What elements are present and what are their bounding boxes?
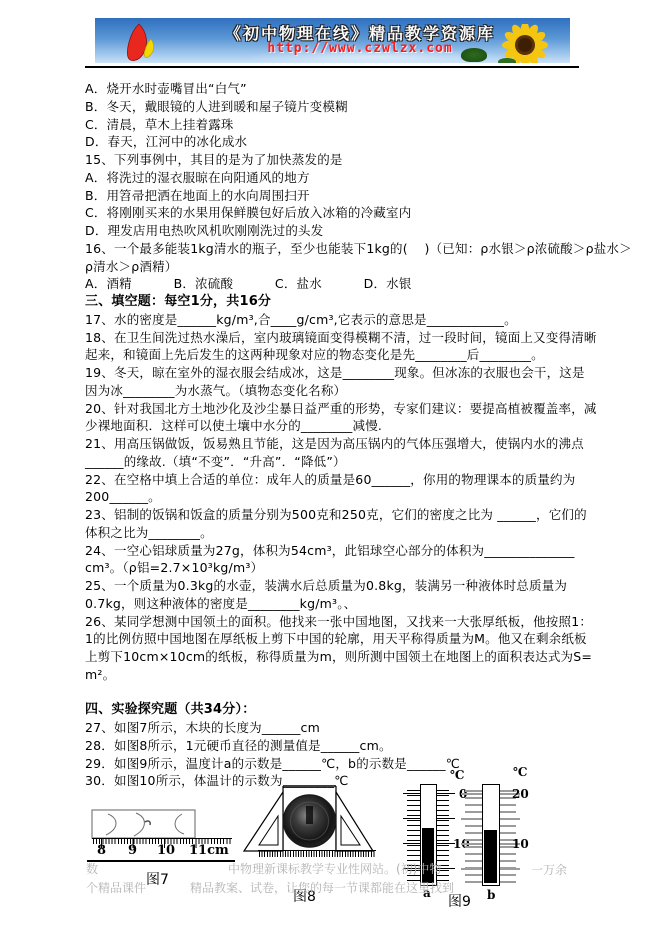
text-line: 18、在卫生间洗过热水澡后，室内玻璃镜面变得模糊不清，过一段时间，镜面上又变得清… <box>85 329 591 347</box>
text-line: 20、针对我国北方土地沙化及沙尘暴日益严重的形势，专家们建议：要提高植被覆盖率，… <box>85 400 591 418</box>
text-line: ρ清水＞ρ酒精） <box>85 258 591 276</box>
bush-decoration <box>461 48 487 62</box>
text-line: 21、用高压锅做饭，饭易熟且节能，这是因为高压锅内的气体压强增大，使锅内水的沸点 <box>85 435 591 453</box>
text-line: 27、如图7所示，木块的长度为______cm <box>85 719 591 737</box>
fig7-ruler-label: 9 <box>128 843 137 858</box>
text-line: 17、水的密度是______kg/m³,合____g/cm³,它表示的意思是__… <box>85 311 591 329</box>
text-line: 起来，和镜面上先后发生的这两种现象对应的物态变化是先________后_____… <box>85 346 591 364</box>
text-line <box>85 684 591 702</box>
watermark-text: 一万余 <box>531 861 567 878</box>
text-line: D．春天，江河中的冰化成水 <box>85 133 591 151</box>
text-line: m²。 <box>85 666 591 684</box>
text-line: C．将刚刚买来的水果用保鲜膜包好后放入冰箱的冷藏室内 <box>85 204 591 222</box>
fig8-coin-measurement <box>240 780 380 855</box>
text-line: 0.7kg，则这种液体的密度是________kg/m³。、 <box>85 595 591 613</box>
fig7-caption: 图7 <box>146 869 169 889</box>
fig7-ruler-bottom-edge <box>87 860 235 862</box>
fig7-ruler-major-ticks <box>101 839 200 848</box>
text-line: ______的缘故.（填“不变”．“升高”．“降低”） <box>85 453 591 471</box>
site-banner: 《初中物理在线》精品教学资源库 http://www.czwlzx.com <box>95 18 570 63</box>
exam-paper-page: 《初中物理在线》精品教学资源库 http://www.czwlzx.com <box>0 0 661 935</box>
text-line: 1的比例仿照中国地图在厚纸板上剪下中国的轮廓，用天平称得质量为M。他又在剩余纸板 <box>85 630 591 648</box>
thermometer-b-mercury <box>484 830 497 883</box>
watermark-text: 中物理新课标教学专业性网站。(初)中物 <box>228 860 441 877</box>
fig8-ruler-ticks <box>259 851 375 857</box>
thermometer-b-name: b <box>487 888 495 902</box>
thermometer-b-scale-label: 10 <box>512 837 529 851</box>
sunflower-icon <box>493 24 555 63</box>
document-body: A．烧开水时壶嘴冒出“白气”B．冬天，戴眼镜的人进到暖和屋子镜片变模糊C．清晨，… <box>85 80 591 790</box>
text-line: 22、在空格中填上合适的单位：成年人的质量是60______，你用的物理课本的质… <box>85 471 591 489</box>
text-line: 24、一空心铝球质量为27g，体积为54cm³，此铝球空心部分的体积为_____… <box>85 542 591 560</box>
text-line: 16、一个最多能装1kg清水的瓶子，至少也能装下1kg的( )（已知：ρ水银＞ρ… <box>85 240 591 258</box>
text-line: B．用笤帚把洒在地面上的水向周围扫开 <box>85 187 591 205</box>
fig7-ruler-label: 10 <box>157 843 175 858</box>
text-line: 体积之比为________。 <box>85 524 591 542</box>
thermometer-b-unit: ℃ <box>513 765 527 779</box>
thermometer-b-major-ticks-left <box>461 793 482 873</box>
text-line: 28．如图8所示，1元硬币直径的测量值是______cm。 <box>85 737 591 755</box>
fig7-ruler-label: 8 <box>97 843 106 858</box>
watermark-text: 个精品课件 <box>86 879 146 896</box>
text-line: B．冬天，戴眼镜的人进到暖和屋子镜片变模糊 <box>85 98 591 116</box>
text-line: 少裸地面积．这样可以使土壤中水分的________减慢. <box>85 417 591 435</box>
thermometer-b-major-ticks-right <box>499 793 520 873</box>
thermometer-a-unit: ℃ <box>450 768 464 782</box>
text-line: 23、铝制的饭锅和饭盒的质量分别为500克和250克，它们的密度之比为 ____… <box>85 506 591 524</box>
watermark-text: 精品教案、试卷，让您的每一节课都能在这里找到 <box>190 879 454 896</box>
banner-divider <box>85 66 579 68</box>
text-line: 25、一个质量为0.3kg的水壶，装满水后总质量为0.8kg，装满另一种液体时总… <box>85 577 591 595</box>
text-line: A．将洗过的湿衣服晾在向阳通风的地方 <box>85 169 591 187</box>
text-line: 26、某同学想测中国领土的面积。他找来一张中国地图，又找来一大张厚纸板，他按照1… <box>85 613 591 631</box>
text-line: 15、下列事例中，其目的是为了加快蒸发的是 <box>85 151 591 169</box>
text-line: 上剪下10cm×10cm的纸板，称得质量为m，则所测中国领土在地图上的面积表达式… <box>85 648 591 666</box>
flame-logo-icon <box>117 23 169 63</box>
text-line: C．清晨，草木上挂着露珠 <box>85 116 591 134</box>
fig7-wood-block <box>90 808 210 840</box>
text-line: D．理发店用电热吹风机吹刚刚洗过的头发 <box>85 222 591 240</box>
fig7-ruler-label: 11cm <box>189 843 229 858</box>
text-line: 四、实验探究题（共34分）： <box>85 701 591 719</box>
text-line: 200______。 <box>85 488 591 506</box>
text-line: 因为冰________为水蒸气。（填物态变化名称） <box>85 382 591 400</box>
text-line: 三、填空题：每空1分，共16分 <box>85 293 591 311</box>
text-line: A．烧开水时壶嘴冒出“白气” <box>85 80 591 98</box>
thermometer-b-scale-label: 20 <box>512 787 529 801</box>
text-line: cm³。（ρ铝=2.7×10³kg/m³） <box>85 559 591 577</box>
watermark-text: 数 <box>86 860 98 877</box>
text-line: A．酒精 B．浓硫酸 C．盐水 D．水银 <box>85 275 591 293</box>
text-line: 19、冬天，晾在室外的湿衣服会结成冰，这是________现象。但冰冻的衣服也会… <box>85 364 591 382</box>
